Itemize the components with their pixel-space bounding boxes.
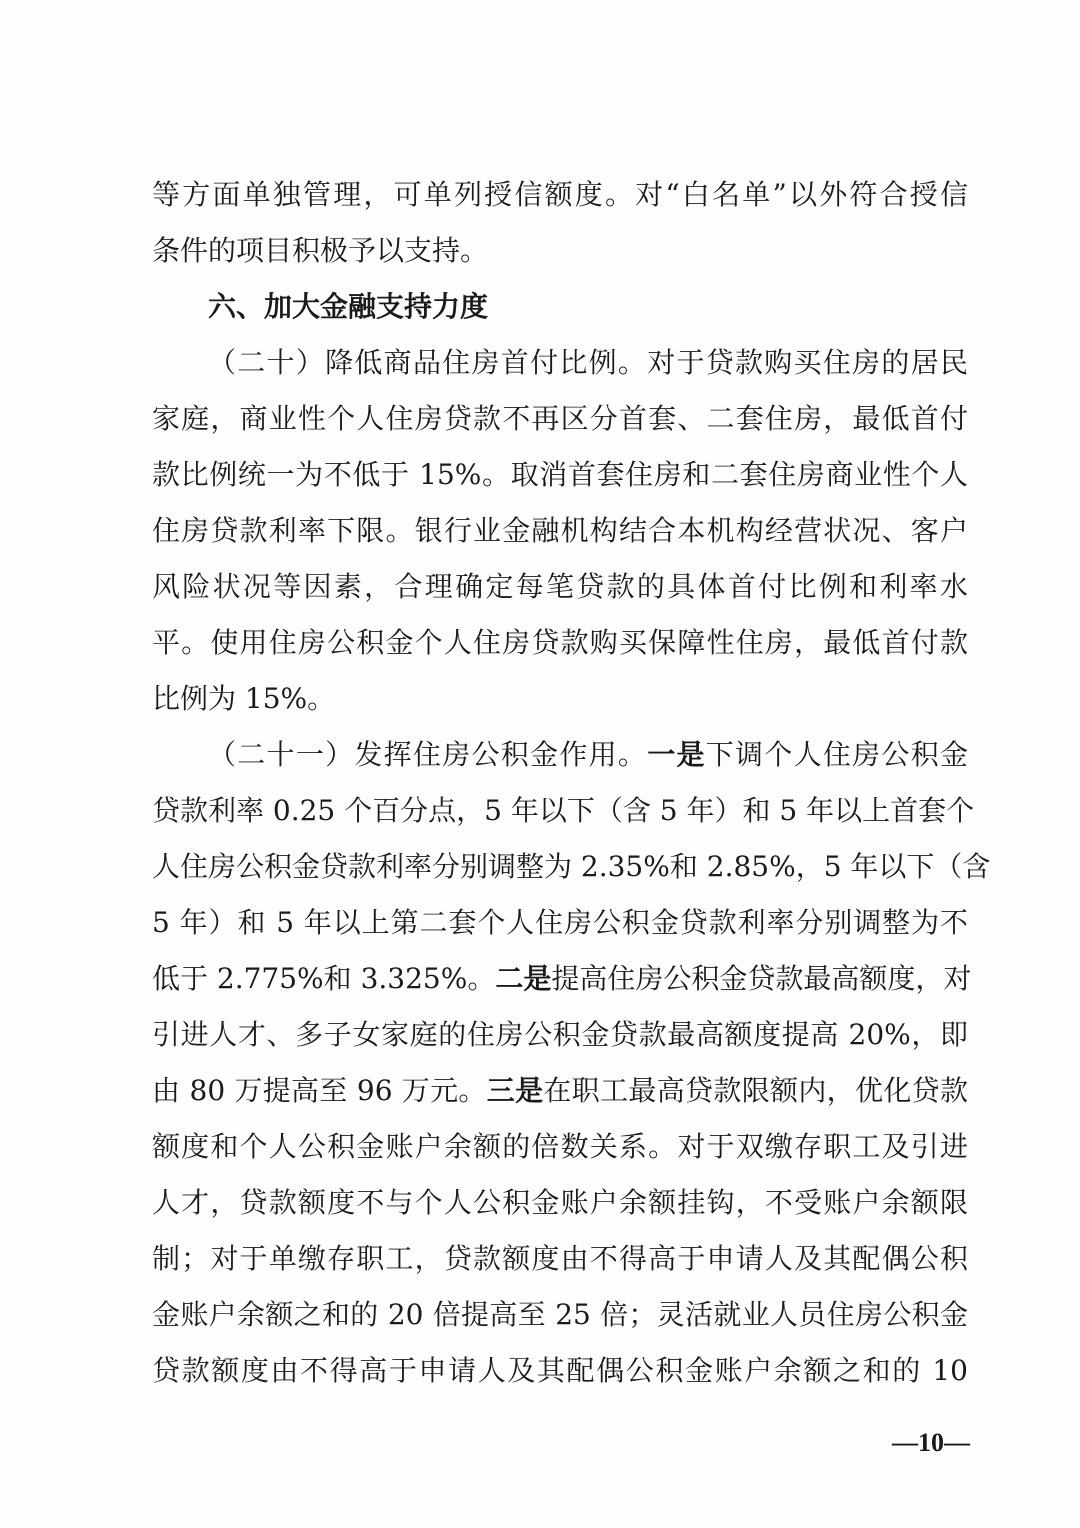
text-line: （二十）降低商品住房首付比例。对于贷款购买住房的居民 bbox=[208, 343, 968, 383]
text-line: 由 80 万提高至 96 万元。三是在职工最高贷款限额内，优化贷款 bbox=[152, 1071, 968, 1111]
text-line: 款比例统一为不低于 15%。取消首套住房和二套住房商业性个人 bbox=[152, 455, 968, 495]
text-line: 贷款利率 0.25 个百分点，5 年以下（含 5 年）和 5 年以上首套个 bbox=[152, 791, 968, 831]
text-run: （二十一）发挥住房公积金作用。 bbox=[208, 738, 647, 771]
text-line: 5 年）和 5 年以上第二套个人住房公积金贷款利率分别调整为不 bbox=[152, 903, 968, 943]
text-line: 人才，贷款额度不与个人公积金账户余额挂钩，不受账户余额限 bbox=[152, 1183, 968, 1223]
text-line: 等方面单独管理，可单列授信额度。对“白名单”以外符合授信 bbox=[152, 175, 968, 215]
text-line: 住房贷款利率下限。银行业金融机构结合本机构经营状况、客户 bbox=[152, 511, 968, 551]
page-number: —10— bbox=[892, 1428, 970, 1458]
document-page: 等方面单独管理，可单列授信额度。对“白名单”以外符合授信 条件的项目积极予以支持… bbox=[0, 0, 1080, 1528]
text-line: （二十一）发挥住房公积金作用。一是下调个人住房公积金 bbox=[208, 735, 968, 775]
text-line: 贷款额度由不得高于申请人及其配偶公积金账户余额之和的 10 bbox=[152, 1351, 968, 1391]
bold-marker: 二是 bbox=[495, 962, 551, 995]
text-line: 制；对于单缴存职工，贷款额度由不得高于申请人及其配偶公积 bbox=[152, 1239, 968, 1279]
text-run: 由 80 万提高至 96 万元。 bbox=[152, 1074, 487, 1107]
text-line: 低于 2.775%和 3.325%。二是提高住房公积金贷款最高额度，对 bbox=[152, 959, 968, 999]
text-line: 风险状况等因素，合理确定每笔贷款的具体首付比例和利率水 bbox=[152, 567, 968, 607]
text-line: 金账户余额之和的 20 倍提高至 25 倍；灵活就业人员住房公积金 bbox=[152, 1295, 968, 1335]
text-line: 额度和个人公积金账户余额的倍数关系。对于双缴存职工及引进 bbox=[152, 1127, 968, 1167]
text-line: 家庭，商业性个人住房贷款不再区分首套、二套住房，最低首付 bbox=[152, 399, 968, 439]
bold-marker: 一是 bbox=[647, 738, 706, 771]
text-run: 提高住房公积金贷款最高额度，对 bbox=[551, 962, 971, 995]
text-line: 引进人才、多子女家庭的住房公积金贷款最高额度提高 20%，即 bbox=[152, 1015, 968, 1055]
text-line: 比例为 15%。 bbox=[152, 679, 968, 719]
text-run: 在职工最高贷款限额内，优化贷款 bbox=[543, 1074, 968, 1107]
text-line: 人住房公积金贷款利率分别调整为 2.35%和 2.85%，5 年以下（含 bbox=[152, 847, 968, 887]
section-heading: 六、加大金融支持力度 bbox=[208, 287, 968, 327]
text-run: 低于 2.775%和 3.325%。 bbox=[152, 962, 495, 995]
text-line: 平。使用住房公积金个人住房贷款购买保障性住房，最低首付款 bbox=[152, 623, 968, 663]
text-line: 条件的项目积极予以支持。 bbox=[152, 231, 968, 271]
text-run: 下调个人住房公积金 bbox=[706, 738, 968, 771]
bold-marker: 三是 bbox=[487, 1074, 544, 1107]
